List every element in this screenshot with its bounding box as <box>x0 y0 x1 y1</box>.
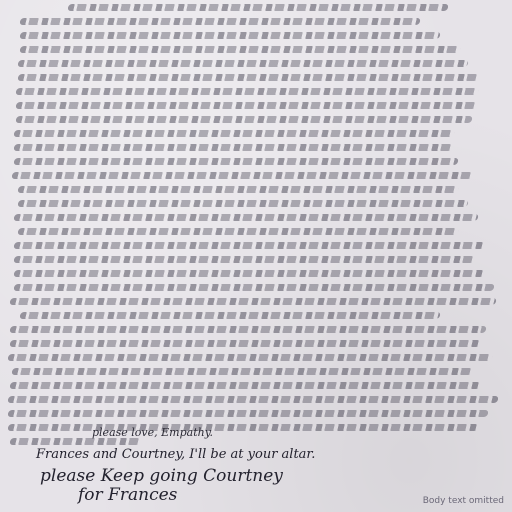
letter-line <box>20 42 460 56</box>
handwriting-stroke <box>17 200 468 207</box>
letter-line <box>14 126 454 140</box>
handwriting-stroke <box>13 270 484 277</box>
letter-line <box>8 392 498 406</box>
handwriting-stroke <box>7 396 498 403</box>
handwriting-stroke <box>17 186 458 193</box>
handwriting-stroke <box>7 424 478 431</box>
handwriting-stroke <box>15 116 472 123</box>
letter-line <box>10 322 486 336</box>
signature-block: Frances and Courtney, I'll be at your al… <box>36 448 315 505</box>
handwriting-stroke <box>13 284 494 291</box>
letter-line <box>8 420 478 434</box>
letter-line <box>16 112 472 126</box>
letter-line <box>18 182 458 196</box>
letter-line <box>12 168 472 182</box>
handwriting-stroke <box>13 158 458 165</box>
handwriting-stroke <box>13 256 474 263</box>
closing-line: please love, Empathy. <box>92 426 213 439</box>
letter-line <box>20 14 420 28</box>
letter-line <box>10 294 496 308</box>
letter-line <box>18 56 468 70</box>
letter-line <box>8 350 492 364</box>
letter-line <box>20 308 440 322</box>
omission-note: Body text omitted <box>423 496 504 506</box>
letter-line <box>10 336 480 350</box>
letter-line <box>18 70 478 84</box>
letter-line <box>14 140 452 154</box>
handwriting-stroke <box>11 172 472 179</box>
handwriting-stroke <box>15 88 478 95</box>
handwriting-stroke <box>19 32 440 39</box>
handwriting-stroke <box>19 46 460 53</box>
handwriting-stroke <box>17 74 478 81</box>
letter-line <box>14 280 494 294</box>
letter-line <box>68 0 448 14</box>
letter-line <box>14 238 484 252</box>
handwriting-stroke <box>9 326 486 333</box>
letter-line <box>20 28 440 42</box>
letter-line <box>18 196 468 210</box>
letter-line <box>10 378 480 392</box>
handwriting-stroke <box>13 214 478 221</box>
handwriting-stroke <box>67 4 448 11</box>
handwriting-stroke <box>11 368 472 375</box>
handwriting-stroke <box>17 60 468 67</box>
handwriting-stroke <box>19 312 440 319</box>
handwriting-stroke <box>17 228 458 235</box>
signature-line-1: Frances and Courtney, I'll be at your al… <box>36 448 315 462</box>
signature-line-2: please Keep going Courtney <box>40 468 315 486</box>
handwriting-stroke <box>9 298 496 305</box>
handwriting-stroke <box>13 144 452 151</box>
letter-line <box>16 84 478 98</box>
signature-line-3: for Frances <box>78 487 315 505</box>
letter-line <box>14 210 478 224</box>
handwriting-stroke <box>7 410 488 417</box>
letter-line <box>14 266 484 280</box>
handwriting-stroke <box>15 102 476 109</box>
handwriting-stroke <box>7 354 492 361</box>
handwritten-letter: please love, Empathy. Frances and Courtn… <box>0 0 512 512</box>
handwriting-stroke <box>19 18 420 25</box>
letter-line <box>8 406 488 420</box>
letter-line <box>14 154 458 168</box>
letter-line <box>12 364 472 378</box>
letter-line <box>14 252 474 266</box>
handwriting-stroke <box>9 382 480 389</box>
handwriting-stroke <box>9 340 480 347</box>
handwriting-stroke <box>13 130 454 137</box>
letter-line <box>18 224 458 238</box>
letter-line <box>16 98 476 112</box>
handwriting-stroke <box>13 242 484 249</box>
